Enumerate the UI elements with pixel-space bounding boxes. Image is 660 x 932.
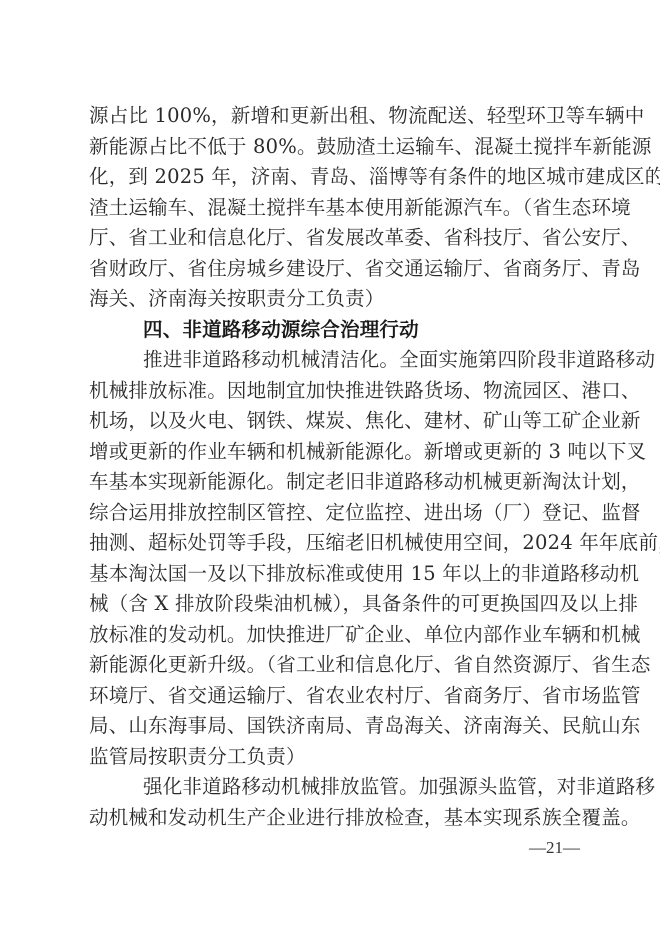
paragraph-non-road-cleaning: 推进非道路移动机械清洁化。全面实施第四阶段非道路移动 机械排放标准。因地制宜加快… xyxy=(89,345,579,772)
paragraph-emission-supervision: 强化非道路移动机械排放监管。加强源头监管，对非道路移 动机械和发动机生产企业进行… xyxy=(89,772,579,833)
text-line: 海关、济南海关按职责分工负责） xyxy=(89,284,579,315)
text-line: 械（含 X 排放阶段柴油机械），具备条件的可更换国四及以上排 xyxy=(89,589,579,620)
text-line: 机械排放标准。因地制宜加快推进铁路货场、物流园区、港口、 xyxy=(89,376,579,407)
document-page: 源占比 100%，新增和更新出租、物流配送、轻型环卫等车辆中 新能源占比不低于 … xyxy=(0,0,660,932)
text-line: 增或更新的作业车辆和机械新能源化。新增或更新的 3 吨以下叉 xyxy=(89,437,579,468)
text-line: 新能源占比不低于 80%。鼓励渣土运输车、混凝土搅拌车新能源 xyxy=(89,132,579,163)
text-line: 厅、省工业和信息化厅、省发展改革委、省科技厅、省公安厅、 xyxy=(89,223,579,254)
text-line: 放标准的发动机。加快推进厂矿企业、单位内部作业车辆和机械 xyxy=(89,620,579,651)
text-line: 化，到 2025 年，济南、青岛、淄博等有条件的地区城市建成区的 xyxy=(89,162,579,193)
text-line: 综合运用排放控制区管控、定位监控、进出场（厂）登记、监督 xyxy=(89,498,579,529)
text-line: 源占比 100%，新增和更新出租、物流配送、轻型环卫等车辆中 xyxy=(89,101,579,132)
text-line: 局、山东海事局、国铁济南局、青岛海关、济南海关、民航山东 xyxy=(89,711,579,742)
page-body: 源占比 100%，新增和更新出租、物流配送、轻型环卫等车辆中 新能源占比不低于 … xyxy=(89,101,579,833)
text-line: 车基本实现新能源化。制定老旧非道路移动机械更新淘汰计划， xyxy=(89,467,579,498)
text-line: 机场，以及火电、钢铁、煤炭、焦化、建材、矿山等工矿企业新 xyxy=(89,406,579,437)
text-line: 基本淘汰国一及以下排放标准或使用 15 年以上的非道路移动机 xyxy=(89,559,579,590)
text-line: 推进非道路移动机械清洁化。全面实施第四阶段非道路移动 xyxy=(89,345,579,376)
text-line: 新能源化更新升级。（省工业和信息化厅、省自然资源厅、省生态 xyxy=(89,650,579,681)
text-line: 抽测、超标处罚等手段，压缩老旧机械使用空间，2024 年年底前， xyxy=(89,528,579,559)
text-line: 动机械和发动机生产企业进行排放检查，基本实现系族全覆盖。 xyxy=(89,803,579,834)
text-line: 强化非道路移动机械排放监管。加强源头监管，对非道路移 xyxy=(89,772,579,803)
section-heading: 四、非道路移动源综合治理行动 xyxy=(89,315,579,346)
text-line: 渣土运输车、混凝土搅拌车基本使用新能源汽车。（省生态环境 xyxy=(89,193,579,224)
page-number: —21— xyxy=(528,838,580,858)
text-line: 省财政厅、省住房城乡建设厅、省交通运输厅、省商务厅、青岛 xyxy=(89,254,579,285)
text-line: 监管局按职责分工负责） xyxy=(89,742,579,773)
paragraph-continued: 源占比 100%，新增和更新出租、物流配送、轻型环卫等车辆中 新能源占比不低于 … xyxy=(89,101,579,315)
text-line: 环境厅、省交通运输厅、省农业农村厅、省商务厅、省市场监管 xyxy=(89,681,579,712)
